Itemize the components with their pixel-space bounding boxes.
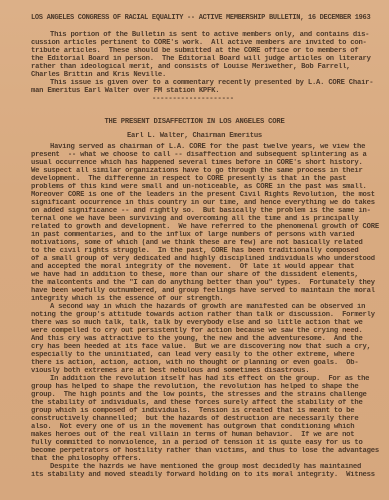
article-line: Despite the hazrds we have mentioned the… (50, 463, 361, 471)
article-line: viously both extremes are at best nebulo… (31, 367, 309, 375)
article-line: also. Not every one of us in the movemen… (31, 423, 354, 431)
article-line: there was so much talk, talk, talk by ev… (31, 319, 363, 327)
article-line: there is action, action, action, with no… (31, 359, 358, 367)
article-line: noting the group's attitude towards acti… (31, 311, 375, 319)
article-line: the stability of individuals, and these … (31, 399, 363, 407)
article-line: become perpetrators of hostility rather … (31, 447, 379, 455)
article-line: in past commentaries, and to the influx … (31, 231, 354, 239)
intro-line: Charles Brittin and Kris Neville. (31, 71, 166, 79)
article-line: A second way in which the hazards of gro… (50, 303, 365, 311)
article-line: We suspect all similar organizations hav… (31, 167, 363, 175)
article-line: were compelled to cry out persistently f… (31, 327, 363, 335)
article-line: we have had in addition to these, more t… (31, 271, 358, 279)
article-line: constructively channelled; but the hazar… (31, 415, 358, 423)
article-line: development. The differenne in respect t… (31, 175, 346, 183)
article-line: cry has been heeded at its face value. B… (31, 343, 371, 351)
article-line: of a small group of very dedicated and h… (31, 255, 375, 263)
article-line: on added significance -- and rightly so.… (31, 207, 371, 215)
article-line: the malcontents and the "I can do anythi… (31, 279, 375, 287)
intro-line: tribute articles. These should be submit… (31, 47, 358, 55)
section-separator: -------------------- (152, 95, 234, 103)
article-title: THE PRESENT DISAFFECTION IN LOS ANGELES … (0, 118, 389, 126)
article-line: Having served as chairman of L.A. CORE f… (50, 143, 365, 151)
article-line: significant occurrence in this country i… (31, 199, 375, 207)
article-line: that the philosophy offers. (31, 455, 142, 463)
article-line: And this cry was attractive to the young… (31, 335, 363, 343)
article-line: to the civil rights struggle. In the pas… (31, 247, 358, 255)
article-line: fully committed to nonviolence, in a per… (31, 439, 363, 447)
article-line: especially to the uninitiated, can lead … (31, 351, 354, 359)
article-line: present -- what we choose to call -- dis… (31, 151, 367, 159)
article-line: In addition the revolution itself has ha… (50, 375, 369, 383)
article-line: related to growth and development. We ha… (31, 223, 379, 231)
article-line: motivations, some of which (and we think… (31, 239, 363, 247)
article-line: group which is composed of individuals. … (31, 407, 354, 415)
article-line: usual occurrence which has happened seve… (31, 159, 363, 167)
intro-line: man Emeritus Earl Walter over FM station… (31, 87, 219, 95)
article-line: problems of this kind were small and un-… (31, 183, 367, 191)
article-line: Moreover CORE is one of the leaders in t… (31, 191, 375, 199)
article-line: group has helped to shape the revolution… (31, 383, 358, 391)
article-line: ternal one we have been surviving and ov… (31, 215, 358, 223)
intro-line: the Editorial Board in person. The Edito… (31, 55, 371, 63)
article-line: integrity which is the essence of our st… (31, 295, 223, 303)
intro-line: This portion of the Bulletin is sent to … (50, 31, 369, 39)
article-line: group. The high points and the low point… (31, 391, 367, 399)
article-line: its stability and moved steadily forward… (31, 471, 375, 479)
article-line: have been woefully outnumbered, and grou… (31, 287, 375, 295)
article-line: and accepted the moral integrity of the … (31, 263, 354, 271)
intro-line: rather than ideological merit, and consi… (31, 63, 350, 71)
document-page: LOS ANGELES CONGRESS OF RACIAL EQUALITY … (0, 0, 389, 500)
article-author: Earl L. Walter, Chairman Emeritus (0, 132, 389, 140)
article-line: makes heroes out of the real villain in … (31, 431, 354, 439)
intro-line: This issue is given over to a commentary… (50, 79, 373, 87)
intro-line: cussion articles pertinent to CORE's wor… (31, 39, 367, 47)
bulletin-header: LOS ANGELES CONGRESS OF RACIAL EQUALITY … (31, 14, 370, 22)
